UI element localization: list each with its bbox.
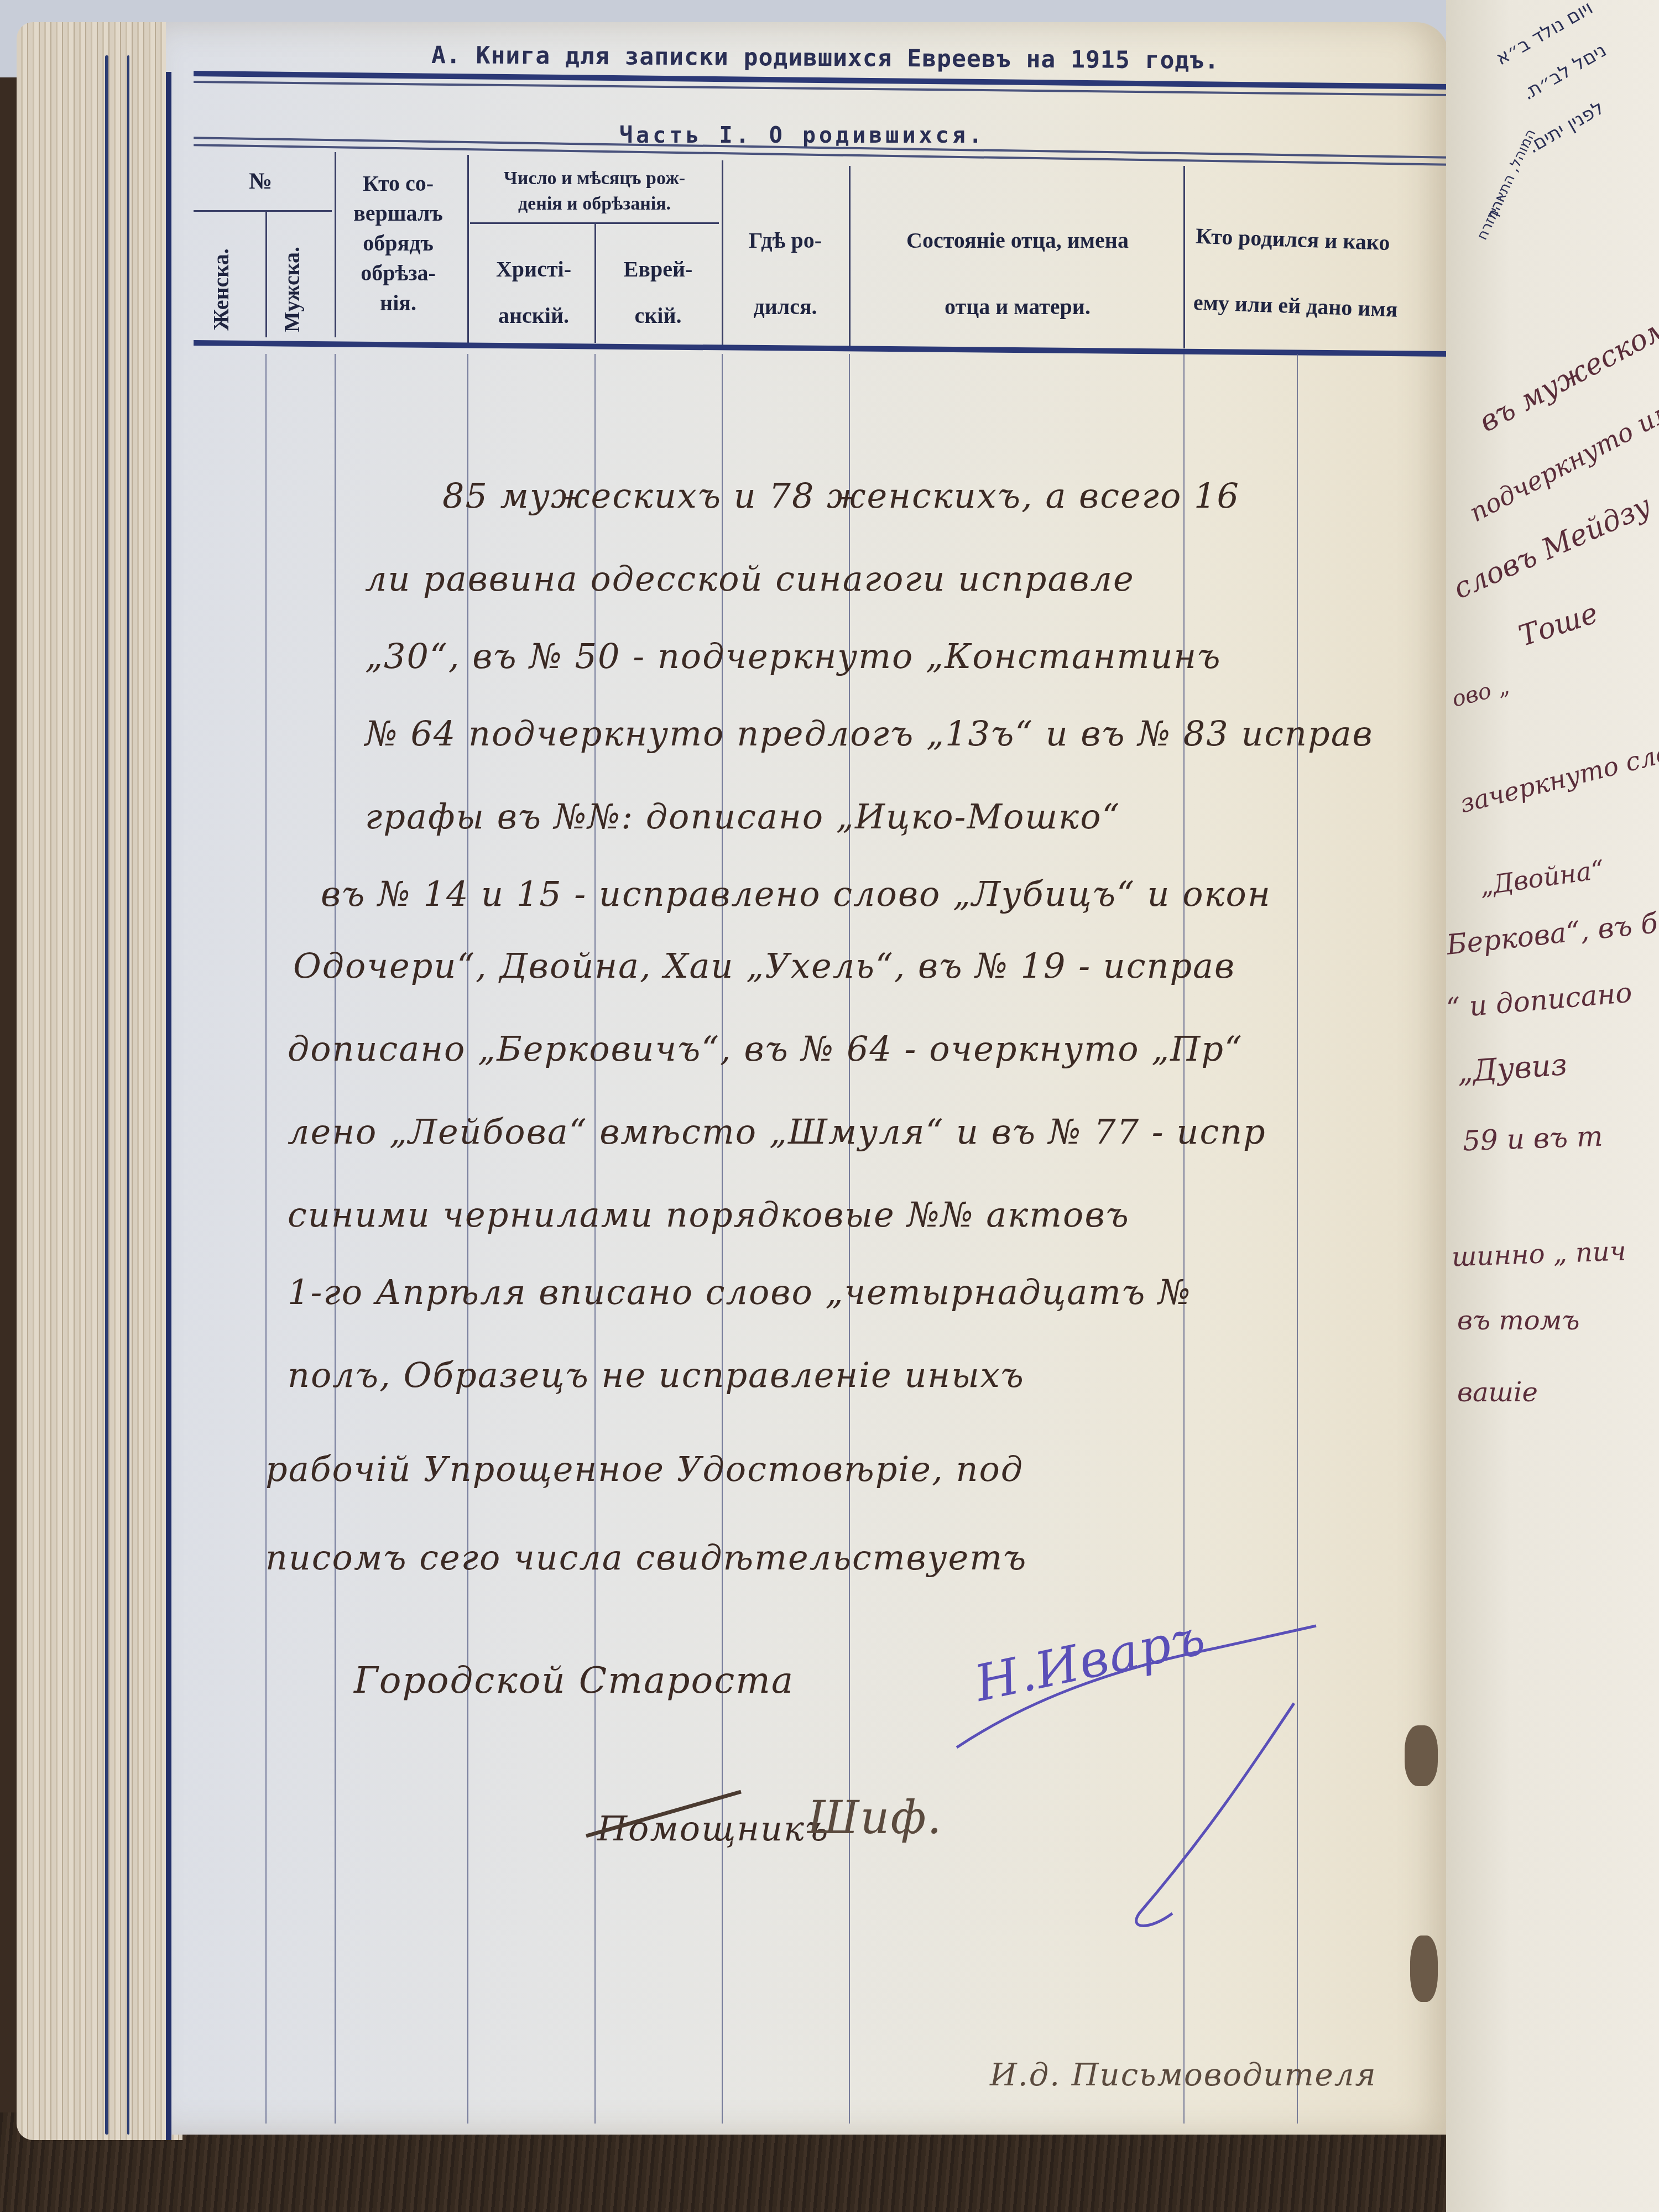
page-frame-border xyxy=(166,72,171,2140)
handwritten-line: писомъ сего числа свидѣтельствуетъ xyxy=(265,1537,1027,1578)
handwritten-line: ли раввина одесской синагоги исправле xyxy=(365,559,1135,599)
header-text: Число и мѣсяцъ рож- xyxy=(470,166,719,191)
header-separator xyxy=(335,152,336,337)
handwritten-line: синими чернилами порядковые №№ актовъ xyxy=(288,1194,1130,1235)
col-christian: Христі- анскій. xyxy=(476,246,592,339)
column-line xyxy=(849,354,850,2124)
handwritten-line: графы въ №№: дописано „Ицко-Мошко“ xyxy=(365,796,1120,837)
col-male-label: Мужска. xyxy=(279,247,305,332)
hebrew-header-text: והמזרח xyxy=(1474,194,1508,242)
header-text: дился. xyxy=(724,274,846,340)
col-birthplace: Гдѣ ро- дился. xyxy=(724,207,846,340)
rabbi-title: Городской Староста xyxy=(354,1659,794,1702)
header-text: Кто родился и како xyxy=(1194,203,1457,278)
handwritten-line: дописано „Берковичъ“, въ № 64 - очеркнут… xyxy=(288,1029,1243,1069)
hebrew-header-text: לפנין יתים. xyxy=(1524,96,1608,158)
page-stack-edge xyxy=(17,22,182,2140)
paper-tear xyxy=(1405,1725,1438,1786)
header-text: нія. xyxy=(343,288,453,318)
book-title: А. Книга для записки родившихся Евреевъ … xyxy=(431,41,1219,75)
header-text: денія и обрѣзанія. xyxy=(470,191,719,217)
header-text: анскій. xyxy=(476,293,592,339)
handwritten-line: 1-го Апрѣля вписано слово „четырнадцатъ … xyxy=(288,1272,1192,1312)
facing-page-text: „Дувиз xyxy=(1456,1047,1568,1089)
col-performer: Кто со- вершалъ обрядъ обрѣза- нія. xyxy=(343,169,453,318)
handwritten-line: „30“, въ № 50 - подчеркнуто „Константинъ xyxy=(365,636,1222,676)
col-parents: Состояніе отца, имена отца и матери. xyxy=(852,207,1183,340)
facing-page-text: 59 и въ т xyxy=(1462,1120,1603,1157)
handwritten-line: № 64 подчеркнуто предлогъ „13ъ“ и въ № 8… xyxy=(365,713,1374,754)
handwritten-line: рабочій Упрощенное Удостовѣріе, под xyxy=(265,1449,1024,1489)
header-separator xyxy=(722,160,723,348)
facing-page-text: вашіе xyxy=(1457,1377,1538,1408)
handwritten-line: въ № 14 и 15 - исправлено слово „Лубицъ“… xyxy=(321,874,1271,914)
facing-page-text: “ и дописано xyxy=(1445,976,1633,1024)
column-line xyxy=(265,354,267,2124)
handwritten-line: 85 мужескихъ и 78 женскихъ, а всего 16 xyxy=(442,476,1240,516)
header-text: Гдѣ ро- xyxy=(724,207,846,274)
header-text: отца и матери. xyxy=(852,274,1183,340)
facing-page-text: Беркова“, въ б xyxy=(1445,907,1659,961)
handwritten-line: лено „Лейбова“ вмѣсто „Шмуля“ и въ № 77 … xyxy=(288,1112,1266,1152)
stack-edge-line xyxy=(127,55,129,2135)
stack-edge-line xyxy=(105,55,108,2135)
header-separator xyxy=(594,224,596,343)
col-child: Кто родился и како ему или ей дано имя xyxy=(1192,203,1457,345)
header-text: скій. xyxy=(597,293,719,339)
paper-tear xyxy=(1410,1936,1438,2002)
assistant-underline-stroke xyxy=(581,1781,747,1891)
col-female-label: Женска. xyxy=(208,248,234,331)
number-label: № xyxy=(249,166,272,197)
col-date-group: Число и мѣсяцъ рож- денія и обрѣзанія. xyxy=(470,166,719,217)
column-line xyxy=(467,354,468,2124)
facing-page-text: зачеркнуто сло xyxy=(1457,738,1659,819)
header-text: ему или ей дано имя xyxy=(1192,269,1454,345)
bottom-note: И.д. Письмоводителя xyxy=(990,2057,1376,2093)
header-text: Христі- xyxy=(476,246,592,293)
header-text: Кто со- xyxy=(343,169,453,199)
facing-page: ויום נולד ב״א ניםל לב״ת. לפנין יתים. המו… xyxy=(1446,0,1659,2212)
header-text: вершалъ xyxy=(343,199,453,228)
header-separator xyxy=(467,155,469,343)
header-separator xyxy=(265,210,267,337)
header-text: Состояніе отца, имена xyxy=(852,207,1183,274)
assistant-signature: Шиф. xyxy=(807,1792,943,1844)
header-divider xyxy=(194,210,332,212)
facing-page-text: шинно „ пич xyxy=(1451,1236,1626,1273)
facing-page-text: „Двойна“ xyxy=(1478,854,1606,901)
handwritten-line: полъ, Образецъ не исправленіе иныхъ xyxy=(288,1355,1025,1395)
header-text: обрядъ xyxy=(343,228,453,258)
handwritten-line: Одочери“, Двойна, Хаи „Ухель“, въ № 19 -… xyxy=(293,946,1235,986)
header-text: обрѣза- xyxy=(343,258,453,288)
facing-page-text: Тоше xyxy=(1515,597,1601,653)
column-line xyxy=(335,354,336,2124)
header-separator xyxy=(1183,166,1185,348)
header-text: Еврей- xyxy=(597,246,719,293)
violet-signature-flourish xyxy=(940,1604,1438,1936)
facing-page-text: въ томъ xyxy=(1457,1305,1579,1336)
header-separator xyxy=(849,166,851,348)
col-jewish: Еврей- скій. xyxy=(597,246,719,339)
facing-page-text: ово „ xyxy=(1449,674,1512,712)
